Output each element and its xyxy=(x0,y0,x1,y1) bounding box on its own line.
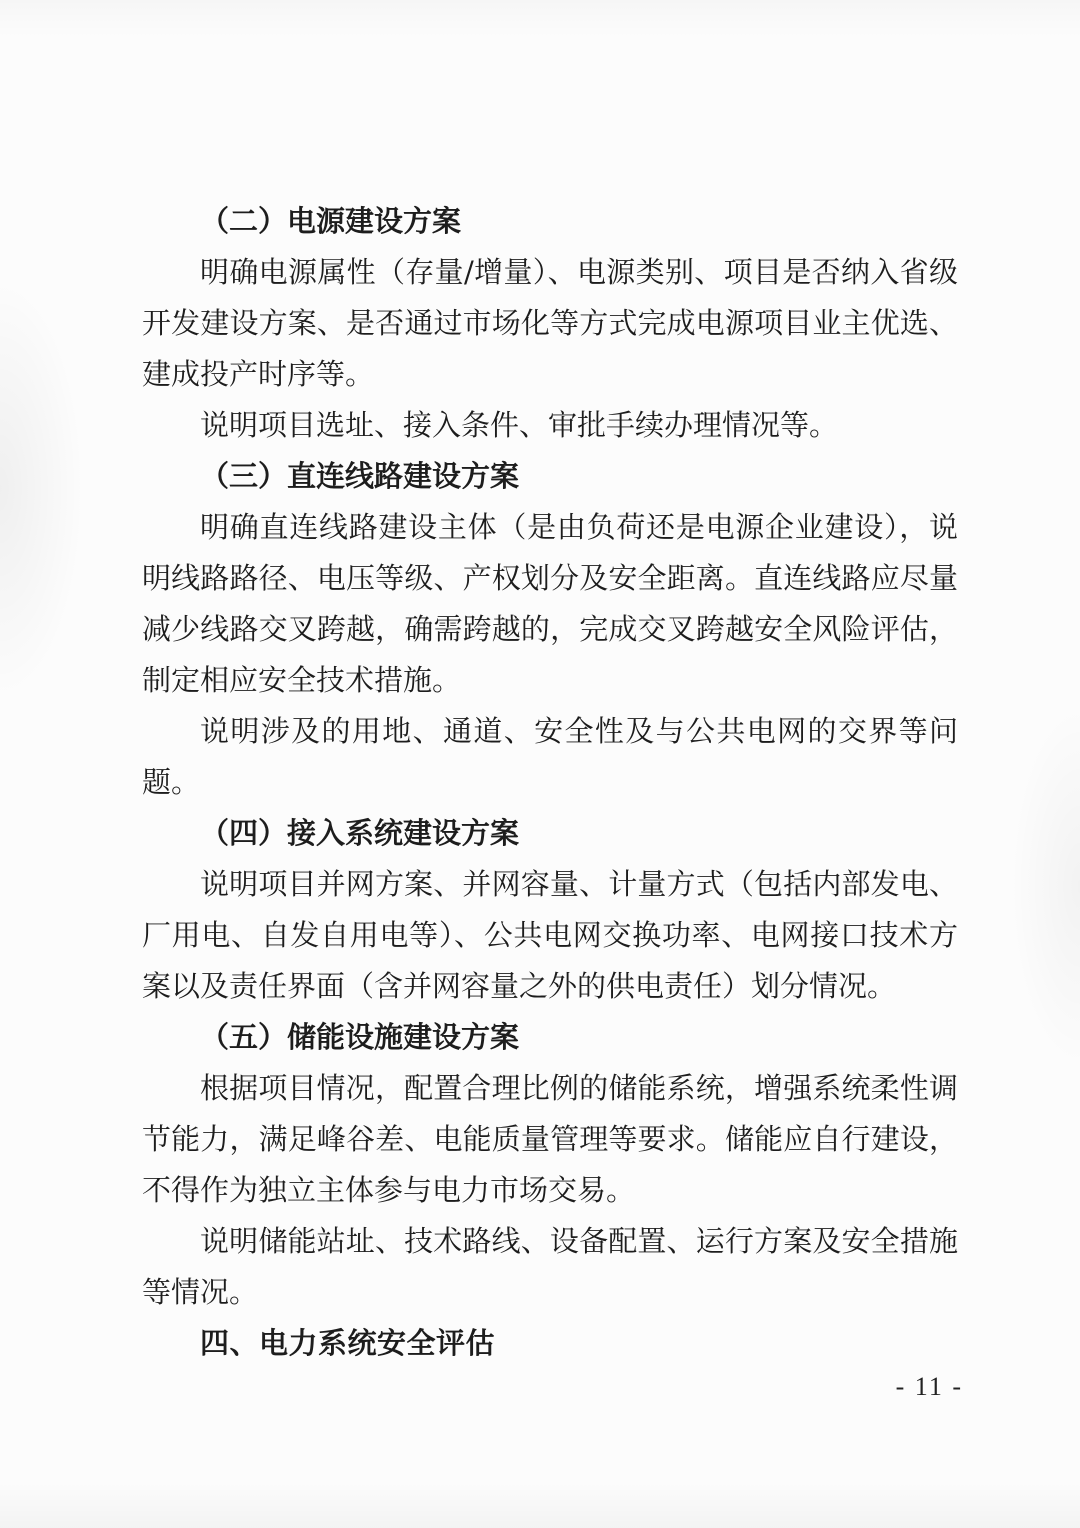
section-heading-5: （五）储能设施建设方案 xyxy=(142,1012,958,1063)
paragraph-site-selection: 说明项目选址、接入条件、审批手续办理情况等。 xyxy=(142,400,958,451)
paragraph-direct-line: 明确直连线路建设主体（是由负荷还是电源企业建设），说明线路路径、电压等级、产权划… xyxy=(142,502,958,706)
chapter-heading-4: 四、电力系统安全评估 xyxy=(142,1318,958,1369)
section-heading-4: （四）接入系统建设方案 xyxy=(142,808,958,859)
page-number: - 11 - xyxy=(896,1372,963,1402)
paragraph-power-attributes: 明确电源属性（存量/增量）、电源类别、项目是否纳入省级开发建设方案、是否通过市场… xyxy=(142,247,958,400)
paragraph-storage-site: 说明储能站址、技术路线、设备配置、运行方案及安全措施等情况。 xyxy=(142,1216,958,1318)
paragraph-energy-storage: 根据项目情况，配置合理比例的储能系统，增强系统柔性调节能力，满足峰谷差、电能质量… xyxy=(142,1063,958,1216)
section-heading-2: （二）电源建设方案 xyxy=(142,196,958,247)
paragraph-grid-connection: 说明项目并网方案、并网容量、计量方式（包括内部发电、厂用电、自发自用电等）、公共… xyxy=(142,859,958,1012)
section-heading-3: （三）直连线路建设方案 xyxy=(142,451,958,502)
document-page: （二）电源建设方案 明确电源属性（存量/增量）、电源类别、项目是否纳入省级开发建… xyxy=(0,0,1080,1528)
document-body: （二）电源建设方案 明确电源属性（存量/增量）、电源类别、项目是否纳入省级开发建… xyxy=(142,196,958,1369)
paragraph-land-channel: 说明涉及的用地、通道、安全性及与公共电网的交界等问题。 xyxy=(142,706,958,808)
